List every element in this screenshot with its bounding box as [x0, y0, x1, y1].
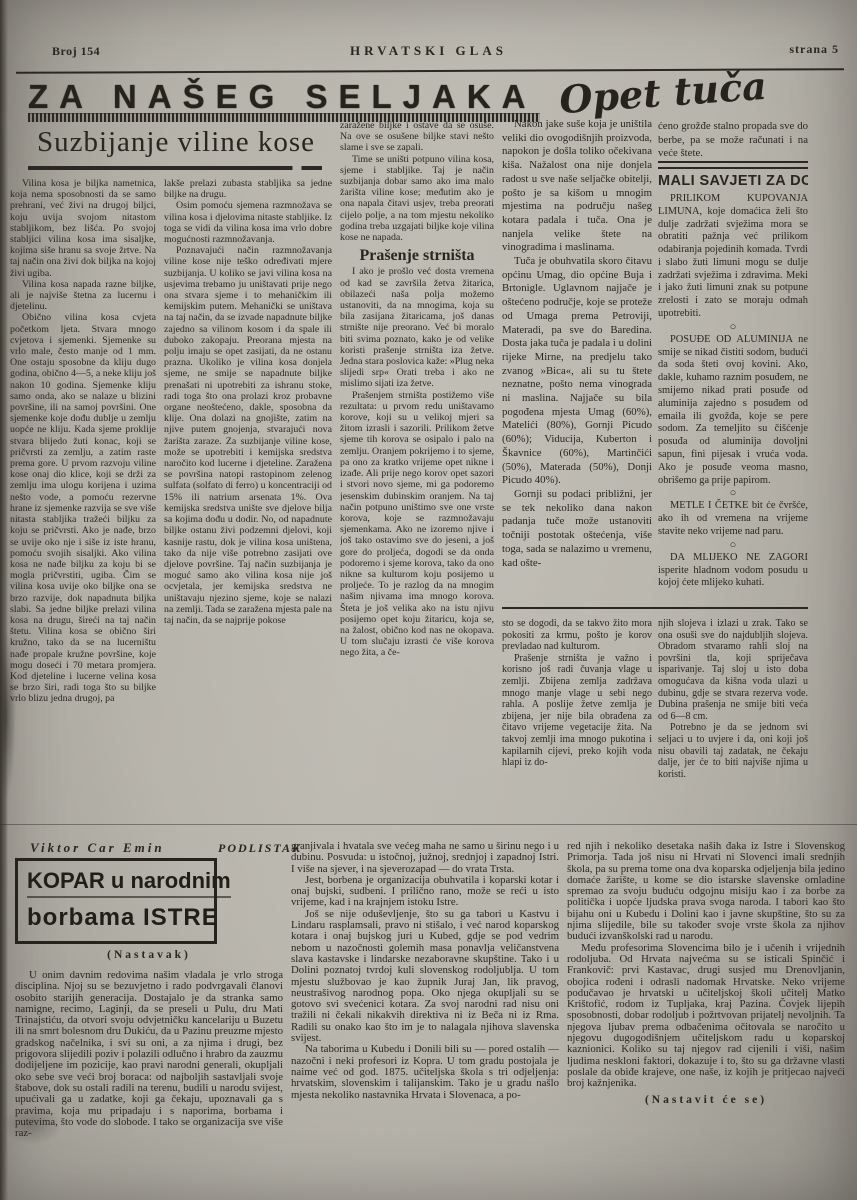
- paragraph: Obično vilina kosa cvjeta početkom ljeta…: [10, 312, 156, 704]
- paragraph-continuation: lakše prelazi zubasta stabljika sa jedne…: [164, 178, 332, 200]
- paragraph-continuation: granjivala i hvatala sve većeg maha ne s…: [291, 841, 559, 875]
- page-number-label: strana 5: [789, 42, 839, 57]
- feuilleton-column-1: U onim davnim redovima našim vladala je …: [15, 970, 283, 1170]
- paragraph: Osim pomoću sjemena razmnožava se vilina…: [164, 200, 332, 245]
- tip-item: PRILIKOM KUPOVANJA LIMUNA, koje domaćica…: [658, 193, 808, 321]
- paragraph: Time se uništi potpuno vilina kosa, sjem…: [340, 154, 494, 244]
- hail-continuation: ćeno grožđe stalno propada sve do berbe,…: [658, 120, 808, 161]
- tip-item: POSUĐE OD ALUMINIJA ne smije se nikad či…: [658, 334, 808, 488]
- scan-edge-shadow: [0, 0, 8, 1200]
- tips-top-rule: [658, 167, 808, 169]
- tip-item: DA MLIJEKO NE ZAGORI isperite hladnom vo…: [658, 552, 808, 590]
- paragraph: Još se nije oduševljenje, što su ga tabo…: [291, 909, 559, 1045]
- paragraph-continuation: zaražene biljke i ostave da se osuše. Na…: [340, 120, 494, 154]
- paragraph: Nakon jake suše koja je uništila veliki …: [502, 118, 652, 255]
- feuilleton-column-3: red njih i nekoliko desetaka naših đaka …: [567, 841, 845, 1106]
- paragraph: Među profesorima Slovencima bilo je i uč…: [567, 943, 845, 1090]
- feuilleton-byline: Viktor Car Emin: [30, 840, 171, 859]
- dodder-column-1: Vilina kosa je biljka nametnica, koja ne…: [10, 178, 156, 810]
- to-be-continued-note: (Nastavit će se): [567, 1095, 845, 1106]
- feuilleton-headline-line2: borbama ISTRE: [27, 904, 205, 932]
- dodder-article-headline: Suzbijanje viline kose: [22, 126, 330, 159]
- paragraph: Potrebno je da se jednom svi seljaci u t…: [658, 722, 808, 780]
- stubble-continuation-column-1: sto se dogodi, da se takvo žito mora pok…: [502, 618, 652, 812]
- circle-separator-icon: ○: [658, 539, 808, 552]
- paragraph: Vilina kosa je biljka nametnica, koja ne…: [10, 178, 156, 279]
- newspaper-page: Broj 154 HRVATSKI GLAS strana 5 ZA NAŠEG…: [0, 0, 857, 1200]
- dodder-column-3: zaražene biljke i ostave da se osuše. Na…: [340, 120, 494, 812]
- stubble-continuation-column-2: njih slojeva i izlazi u zrak. Tako se on…: [658, 618, 808, 808]
- paragraph-continuation: njih slojeva i izlazi u zrak. Tako se on…: [658, 618, 808, 722]
- paragraph: I ako je prošlo već dosta vremena od kad…: [340, 266, 494, 389]
- paragraph: U onim davnim redovima našim vladala je …: [15, 970, 283, 1139]
- paragraph-continuation: red njih i nekoliko desetaka naših đaka …: [567, 841, 845, 943]
- paper-title: HRVATSKI GLAS: [0, 43, 857, 59]
- paragraph: Vilina kosa napada razne biljke, ali je …: [10, 279, 156, 313]
- tips-box-title: MALI SAVJETI ZA DOMAĆICE: [658, 175, 808, 188]
- hail-column: Nakon jake suše koja je uništila veliki …: [502, 118, 652, 604]
- dodder-headline-underline: [28, 166, 322, 170]
- stubble-harrowing-subheading: Prašenje strništa: [340, 250, 494, 261]
- section-banner-title: ZA NAŠEG SELJAKA: [28, 78, 540, 116]
- paragraph: Jest, borbena je organizacija obuhvatila…: [291, 875, 559, 909]
- circle-separator-icon: ○: [658, 487, 808, 500]
- continuation-note: (Nastavak): [15, 949, 283, 961]
- tips-column: ćeno grožđe stalno propada sve do berbe,…: [658, 120, 808, 604]
- paragraph: Gornji su podaci približni, jer se tek n…: [502, 488, 652, 570]
- tip-item: METLE I ČETKE bit će čvršće, ako ih od v…: [658, 500, 808, 538]
- feuilleton-headline-box: KOPAR u narodnim borbama ISTRE: [15, 858, 217, 944]
- feuilleton-headline-line1: KOPAR u narodnim: [27, 868, 231, 898]
- circle-separator-icon: ○: [658, 321, 808, 334]
- feuilleton-column-2: granjivala i hvatala sve većeg maha ne s…: [291, 841, 559, 1173]
- section-divider-rule: [0, 824, 857, 825]
- paragraph: Na taborima u Kubedu i Donili bili su — …: [291, 1044, 559, 1100]
- hail-end-rule: [658, 161, 808, 163]
- feuilleton-rubric-label: PODLISTAK: [218, 841, 302, 856]
- mid-column-rule: [502, 607, 808, 609]
- paragraph-continuation: sto se dogodi, da se takvo žito mora pok…: [502, 618, 652, 653]
- dodder-column-2: lakše prelazi zubasta stabljika sa jedne…: [164, 178, 332, 810]
- paragraph: Prašenje strništa je važno i korisno još…: [502, 653, 652, 769]
- paragraph: Prašenjem strništa postižemo više rezult…: [340, 390, 494, 659]
- paragraph: Tuča je obuhvatila skoro čitavu općinu U…: [502, 255, 652, 488]
- paragraph: Poznavajući način razmnožavanja viline k…: [164, 245, 332, 626]
